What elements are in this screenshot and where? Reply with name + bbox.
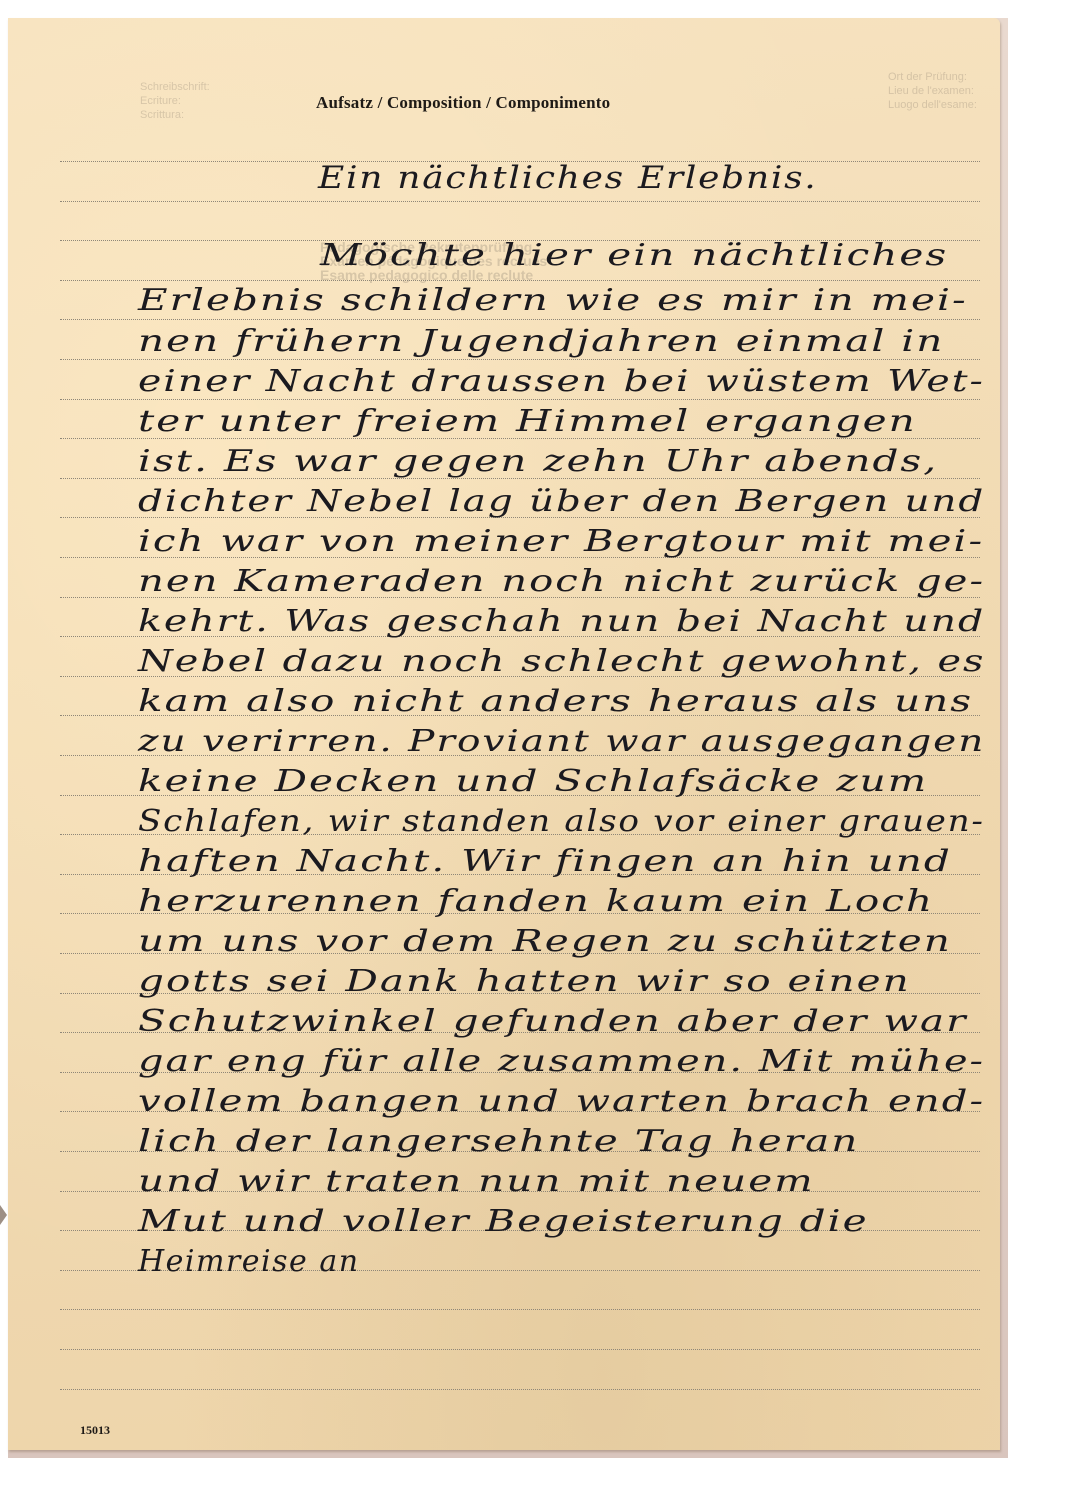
essay-line: zu verirren. Proviant war ausgegangen bbox=[138, 724, 985, 759]
essay-line: ist. Es war gegen zehn Uhr abends, bbox=[138, 444, 938, 479]
ruled-line bbox=[60, 1349, 980, 1350]
ruled-line bbox=[60, 1389, 980, 1390]
essay-line: einer Nacht draussen bei wüstem Wet- bbox=[138, 364, 985, 399]
essay-line: vollem bangen und warten brach end- bbox=[138, 1084, 985, 1119]
essay-line: dichter Nebel lag über den Bergen und bbox=[138, 484, 985, 519]
ruled-line bbox=[60, 359, 980, 360]
essay-line: Möchte hier ein nächtliches bbox=[320, 238, 948, 273]
essay-line: nen Kameraden noch nicht zurück ge- bbox=[138, 564, 985, 599]
essay-line: um uns vor dem Regen zu schützten bbox=[138, 924, 952, 959]
reverse-print-ghost: Schreibschrift:Ecriture:Scrittura: bbox=[140, 80, 210, 122]
essay-line: Schutzwinkel gefunden aber der war bbox=[138, 1004, 968, 1039]
essay-title: Ein nächtliches Erlebnis. bbox=[318, 160, 817, 196]
reverse-print-ghost: Ort der Prüfung:Lieu de l'examen:Luogo d… bbox=[888, 70, 977, 112]
essay-line: Mut und voller Begeisterung die bbox=[138, 1204, 869, 1239]
essay-line: ich war von meiner Bergtour mit mei- bbox=[138, 524, 984, 559]
essay-line: und wir traten nun mit neuem bbox=[138, 1164, 815, 1199]
form-header: Aufsatz / Composition / Componimento bbox=[316, 93, 610, 113]
essay-line: haften Nacht. Wir fingen an hin und bbox=[138, 844, 952, 879]
essay-line: Schlafen, wir standen also vor einer gra… bbox=[138, 804, 985, 839]
essay-line: kehrt. Was geschah nun bei Nacht und bbox=[138, 604, 985, 639]
essay-line: Nebel dazu noch schlecht gewohnt, es bbox=[138, 644, 985, 679]
page-edge-marker bbox=[0, 1205, 7, 1225]
essay-line: Heimreise an bbox=[138, 1244, 360, 1279]
form-number: 15013 bbox=[80, 1423, 110, 1438]
essay-line: keine Decken und Schlafsäcke zum bbox=[138, 764, 928, 799]
essay-line: herzurennen fanden kaum ein Loch bbox=[138, 884, 934, 919]
essay-line: gotts sei Dank hatten wir so einen bbox=[138, 964, 911, 999]
essay-line: Erlebnis schildern wie es mir in mei- bbox=[138, 283, 968, 318]
ruled-line bbox=[60, 1309, 980, 1310]
essay-line: kam also nicht anders heraus als uns bbox=[138, 684, 973, 719]
ruled-line bbox=[60, 319, 980, 320]
essay-line: nen frühern Jugendjahren einmal in bbox=[138, 324, 944, 359]
essay-line: lich der langersehnte Tag heran bbox=[138, 1124, 859, 1159]
ruled-line bbox=[60, 201, 980, 202]
essay-line: ter unter freiem Himmel ergangen bbox=[138, 404, 917, 439]
ruled-line bbox=[60, 280, 980, 281]
essay-line: gar eng für alle zusammen. Mit mühe- bbox=[138, 1044, 985, 1079]
